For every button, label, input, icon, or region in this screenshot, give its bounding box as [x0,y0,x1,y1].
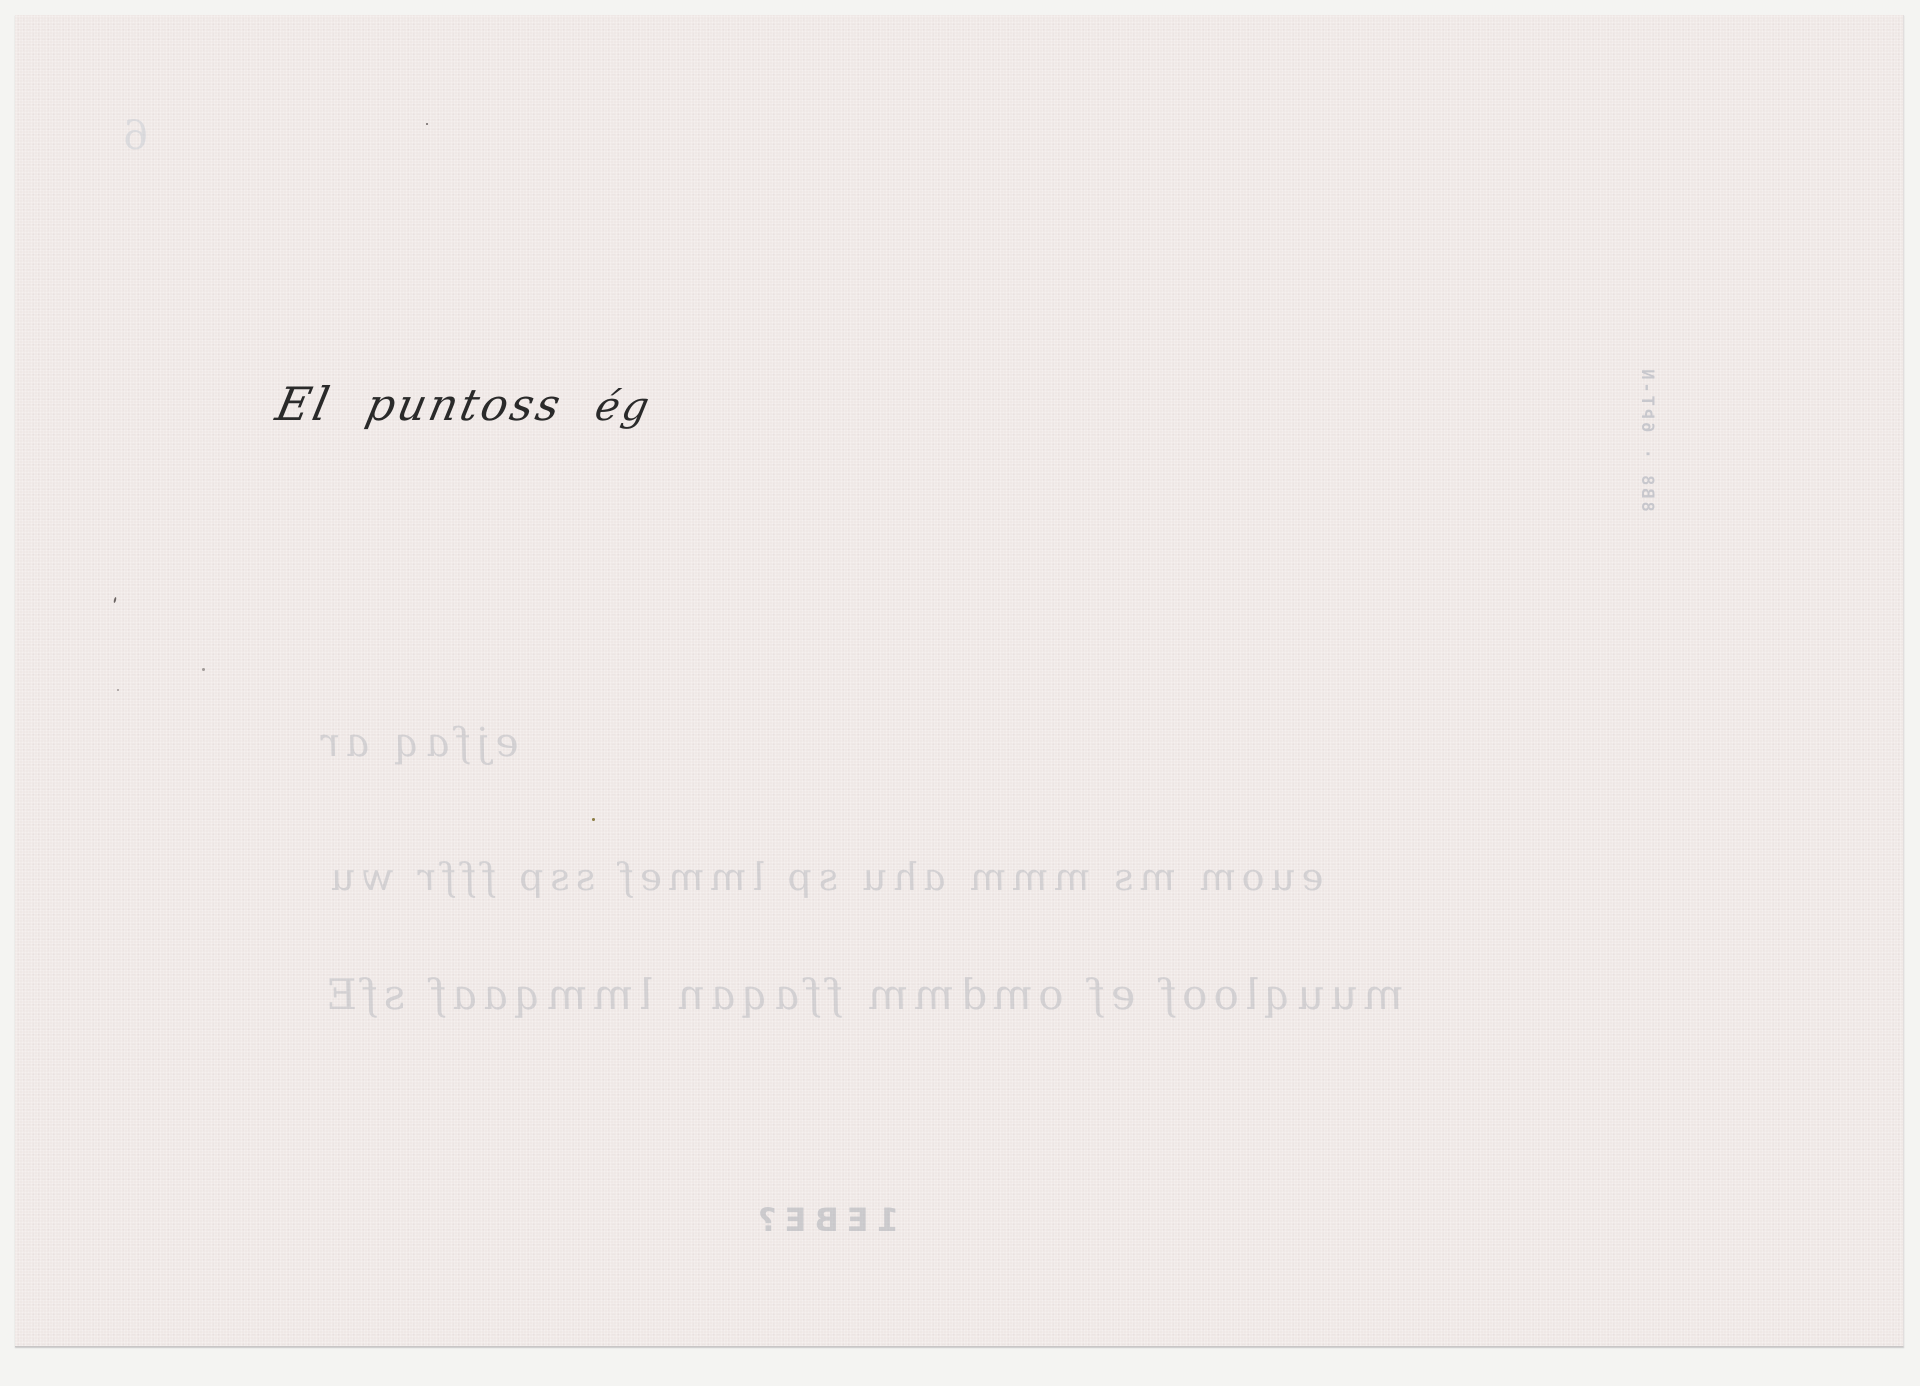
bleed-through-line-2: euom ms mmm ahu sp lmmef ssp fffr wu [321,855,1328,899]
paper-speck [113,597,116,603]
paper-sheet: 6 Elpuntosség 8B8 · 6ÞT-N ejfaq ar euom … [15,15,1904,1347]
bleed-through-line-1: ejfaq ar [311,720,523,766]
paper-speck [426,123,428,125]
paper-speck [592,818,595,821]
handwritten-inscription: Elpuntosség [271,377,657,431]
stamp-text: 8B8 · 6ÞT-N [1637,366,1657,512]
inscription-word-3: ég [591,384,656,430]
inscription-word-2: puntoss [362,380,568,431]
faint-corner-mark: 6 [123,113,148,159]
bleed-through-number: 1EBE? [750,1201,899,1239]
bleed-through-line-3: muuqloof ef omdmm ffaqan lmmqaaf sfE [316,970,1408,1019]
paper-speck [117,689,119,691]
paper-speck [202,668,205,671]
inscription-word-1: El [271,377,337,431]
vertical-stamp: 8B8 · 6ÞT-N [1635,330,1659,548]
